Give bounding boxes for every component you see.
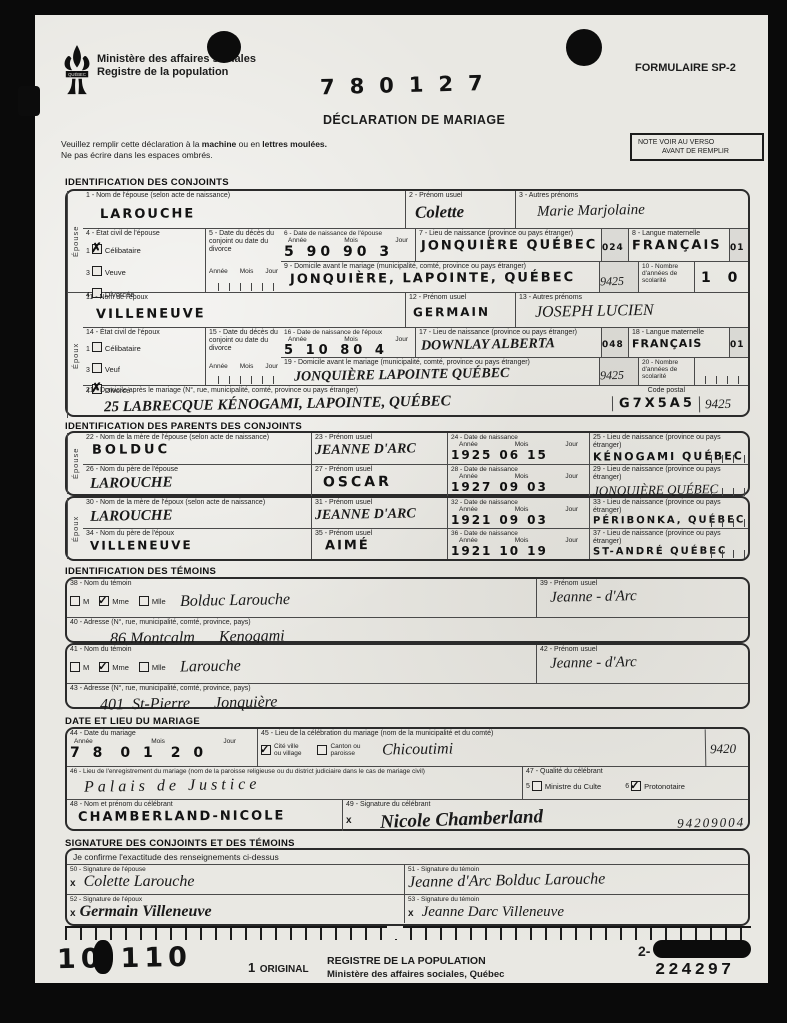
check-mark-icon: ✓ [260, 743, 269, 756]
field38-label: 38 - Nom du témoin [70, 580, 533, 588]
field19-value: JONQUIÈRE LAPOINTE QUÉBEC [294, 364, 599, 385]
field23-value: JEANNE D'ARC [315, 441, 444, 459]
celibataire-label: Célibataire [105, 246, 141, 255]
code-ticks [711, 519, 745, 527]
check-mark-icon: ✓ [98, 660, 107, 673]
mois-header: Mois [344, 237, 358, 244]
footer-registre-line1: REGISTRE DE LA POPULATION [327, 955, 504, 967]
field10-label: 10 - Nombre d'années de scolarité [642, 263, 694, 291]
field45-value: Chicoutimi [382, 740, 453, 759]
m-checkbox [70, 662, 80, 672]
field49-value: Nicole Chamberland [379, 806, 543, 834]
epoux-side-label: Époux [67, 498, 83, 559]
field16-value: 5 10 80 4 [284, 343, 412, 358]
note-line1: NOTE VOIR AU VERSO [638, 138, 756, 147]
field48-value: CHAMBERLAND-NICOLE [78, 808, 339, 825]
signature-x-mark: x [408, 908, 414, 919]
code-postal-label: Code postal [648, 387, 685, 395]
tick-ruler-gap [387, 926, 403, 939]
field8-code: 01 [730, 243, 748, 253]
serial-code-prefix: 2- [638, 943, 650, 959]
field15-label: 15 - Date du décès du conjoint ou date d… [209, 329, 278, 353]
annee-header: Année [459, 506, 478, 513]
annee-header: Année [288, 237, 307, 244]
field45-label: 45 - Lieu de la célébration du mariage (… [261, 730, 705, 738]
mois-header: Mois [240, 363, 254, 370]
annee-header: Année [459, 537, 478, 544]
note-line2: AVANT DE REMPLIR [638, 147, 756, 156]
field37-label: 37 - Lieu de naissance (province ou pays… [593, 530, 745, 546]
mois-header: Mois [240, 268, 254, 275]
ministre-culte-label: Ministre du Culte [545, 782, 601, 791]
field17-value: DOWNLAY ALBERTA [421, 335, 601, 354]
code-ticks [711, 455, 745, 463]
ministry-line2: Registre de la population [97, 66, 256, 79]
jour-header: Jour [395, 237, 408, 244]
document-title: DÉCLARATION DE MARIAGE [323, 113, 505, 127]
field33-label: 33 - Lieu de naissance (province ou pays… [593, 499, 745, 515]
field7-code: 024 [602, 243, 628, 253]
empty-date-ticks [218, 376, 278, 384]
veuve-checkbox [92, 266, 102, 276]
field14-label: 14 - État civil de l'époux [86, 329, 202, 337]
mois-header: Mois [515, 506, 529, 513]
note-box: NOTE VOIR AU VERSO AVANT DE REMPLIR [630, 133, 764, 161]
cite-ville-label-1: Cité ville [274, 743, 299, 750]
confirmation-statement: Je confirme l'exactitude des renseigneme… [67, 850, 748, 865]
epouse-side-label: Épouse [67, 433, 83, 494]
field41-label: 41 - Nom du témoin [70, 646, 533, 654]
field17-code: 048 [602, 340, 628, 350]
mois-header: Mois [344, 336, 358, 343]
jour-header: Jour [565, 441, 578, 448]
field12-label: 12 - Prénom usuel [409, 294, 512, 302]
field11-value: VILLENEUVE [96, 305, 402, 322]
fill-instructions: Veuillez remplir cette déclaration à la … [61, 139, 327, 161]
section-parents-epoux: Époux 30 - Nom de la mère de l'époux (se… [65, 496, 750, 561]
copy-number: 1 [248, 960, 255, 975]
instruction-bold-machine: machine [202, 139, 237, 149]
field9-value: JONQUIÈRE, LAPOINTE, QUÉBEC [290, 270, 599, 287]
section-conjoints: Épouse 1 - Nom de l'épouse (selon acte d… [65, 189, 750, 417]
option-number: 5 [526, 783, 530, 790]
veuf-checkbox [92, 363, 102, 373]
field24-value: 19250615 [451, 448, 586, 462]
jour-header: Jour [395, 336, 408, 343]
jour-header: Jour [223, 738, 236, 745]
field32-value: 19210903 [451, 513, 586, 527]
veuf-label: Veuf [105, 365, 120, 374]
annee-header: Année [459, 441, 478, 448]
m-label: M [83, 597, 89, 606]
field5-label: 5 - Date du décès du conjoint ou date du… [209, 230, 278, 254]
field50-label: 50 - Signature de l'épouse [70, 866, 401, 873]
empty-date-ticks [218, 283, 278, 291]
mois-header: Mois [515, 473, 529, 480]
field6-value: 5 90 90 3 [284, 244, 412, 260]
field41-value: Larouche [180, 657, 241, 676]
field20-label: 20 - Nombre d'années de scolarité [642, 359, 694, 384]
mme-label: Mme [112, 663, 129, 672]
mlle-checkbox [139, 596, 149, 606]
field9-code: 9425 [600, 274, 638, 290]
check-mark-icon: ✓ [98, 594, 107, 607]
jour-header: Jour [565, 537, 578, 544]
mois-header: Mois [515, 441, 529, 448]
section-parents-epouse: Épouse 22 - Nom de la mère de l'épouse (… [65, 431, 750, 496]
cite-ville-checkbox: ✓ [261, 745, 271, 755]
mois-header: Mois [515, 537, 529, 544]
jour-header: Jour [565, 473, 578, 480]
annee-header: Année [459, 473, 478, 480]
section-temoin-1: 38 - Nom du témoin M ✓Mme Mlle Bolduc La… [65, 577, 750, 643]
field52-value: Germain Villeneuve [80, 903, 212, 920]
field3-label: 3 - Autres prénoms [519, 192, 745, 200]
tick-ruler-strip [65, 926, 751, 940]
field7-value: JONQUIÈRE QUÉBEC [421, 237, 601, 253]
mme-checkbox: ✓ [99, 662, 109, 672]
canton-label-2: paroisse [330, 750, 355, 757]
redaction-bar [653, 940, 751, 958]
celibataire-checkbox: ✗ [92, 244, 102, 254]
field44-label: 44 - Date du mariage [70, 730, 254, 738]
annee-header: Année [74, 738, 93, 745]
instruction-text: Veuillez remplir cette déclaration à la [61, 139, 202, 149]
epoux-side-label: Époux [67, 293, 83, 418]
field21-label: 21 - Domicile après le mariage (N°, rue,… [86, 387, 358, 395]
field49-code: 94209004 [677, 800, 746, 831]
code-ticks [711, 550, 745, 558]
edge-black-mark [18, 86, 40, 116]
field24-label: 24 - Date de naissance [451, 434, 586, 441]
page-stamp-right: 110 [120, 942, 192, 974]
canton-label-1: Canton ou [330, 743, 360, 750]
jour-header: Jour [565, 506, 578, 513]
field12-value: GERMAIN [413, 305, 512, 320]
field18-value: FRANÇAIS [632, 337, 729, 351]
stamped-document-number: 780127 [320, 71, 498, 100]
field34-value: VILLENEUVE [90, 537, 308, 553]
form-code: FORMULAIRE SP-2 [635, 62, 736, 74]
mlle-label: Mlle [152, 597, 166, 606]
field11-label: 11 - Nom de l'époux [86, 294, 402, 302]
field19-code: 9425 [600, 368, 638, 384]
field2-value: Colette [415, 201, 512, 223]
section-mariage: 44 - Date du mariage AnnéeMoisJour 7 80 … [65, 727, 750, 831]
x-mark-icon: ✗ [91, 240, 102, 256]
m-label: M [83, 663, 89, 672]
veuve-label: Veuve [105, 268, 126, 277]
check-mark-icon: ✓ [630, 779, 639, 792]
field18-code: 01 [730, 340, 748, 350]
option-number: 6 [625, 783, 629, 790]
empty-ticks [705, 376, 745, 384]
option-number: 1 [86, 248, 90, 255]
field36-label: 36 - Date de naissance [451, 530, 586, 537]
celibataire-checkbox [92, 342, 102, 352]
field50-value: Colette Larouche [84, 873, 195, 890]
field27-value: OSCAR [323, 474, 444, 491]
field52-label: 52 - Signature de l'époux [70, 896, 401, 903]
copy-label: ORIGINAL [260, 964, 309, 975]
cite-ville-label-2: ou village [274, 750, 301, 757]
field35-value: AIMÉ [325, 538, 444, 554]
field38-value: Bolduc Larouche [180, 591, 290, 611]
signature-x-mark: x [70, 908, 76, 919]
section-signatures: Je confirme l'exactitude des renseigneme… [65, 848, 750, 926]
field1-label: 1 - Nom de l'épouse (selon acte de naiss… [86, 192, 402, 200]
canton-checkbox [317, 745, 327, 755]
punch-hole-mark [566, 29, 602, 66]
instruction-line2: Ne pas écrire dans les espaces ombrés. [61, 150, 327, 161]
field8-value: FRANÇAIS [632, 238, 729, 254]
field44-value: 7 80 12 0 [70, 745, 254, 761]
field25-label: 25 - Lieu de naissance (province ou pays… [593, 434, 745, 450]
annee-header: Année [209, 268, 228, 275]
field53-label: 53 - Signature du témoin [408, 896, 745, 903]
field2-label: 2 - Prénom usuel [409, 192, 512, 200]
field10-value: 1 0 [694, 262, 748, 292]
option-number: 1 [86, 346, 90, 353]
field3-value: Marie Marjolaine [537, 200, 745, 221]
section-title-temoins: IDENTIFICATION DES TÉMOINS [65, 566, 216, 577]
field47-label: 47 - Qualité du célébrant [526, 768, 745, 776]
mme-checkbox: ✓ [99, 596, 109, 606]
protonotaire-checkbox: ✓ [631, 781, 641, 791]
punch-hole-mark [207, 31, 241, 63]
field1-value: LAROUCHE [100, 205, 402, 222]
field16-label: 16 - Date de naissance de l'époux [284, 329, 412, 336]
field53-value: Jeanne Darc Villeneuve [422, 904, 564, 920]
footer-registre-line2: Ministère des affaires sociales, Québec [327, 969, 504, 980]
field42-value: Jeanne - d'Arc [550, 652, 745, 672]
option-number: 3 [86, 367, 90, 374]
m-checkbox [70, 596, 80, 606]
field31-value: JEANNE D'ARC [315, 506, 444, 524]
field4-label: 4 - État civil de l'épouse [86, 230, 202, 238]
protonotaire-label: Protonotaire [644, 782, 685, 791]
field45-code: 9420 [705, 729, 749, 767]
field21-code: 9425 [699, 395, 745, 412]
field22-value: BOLDUC [92, 441, 308, 458]
code-ticks [711, 488, 745, 496]
field46-value: Palais de Justice [84, 771, 519, 797]
signature-x-mark: x [70, 878, 76, 889]
field32-label: 32 - Date de naissance [451, 499, 586, 506]
ink-blot [93, 940, 113, 974]
field28-label: 28 - Date de naissance [451, 466, 586, 473]
field30-value: LAROUCHE [90, 505, 308, 526]
jour-header: Jour [265, 363, 278, 370]
scanned-form-page: QUÉBEC Ministère des affaires sociales R… [35, 15, 768, 983]
annee-header: Année [209, 363, 228, 370]
mois-header: Mois [151, 738, 165, 745]
epouse-side-label: Épouse [67, 191, 83, 292]
quebec-fleur-de-lis-logo: QUÉBEC [63, 45, 91, 97]
field29-label: 29 - Lieu de naissance (province ou pays… [593, 466, 745, 482]
logo-band-text: QUÉBEC [68, 72, 86, 77]
annee-header: Année [288, 336, 307, 343]
section-title-conjoints: IDENTIFICATION DES CONJOINTS [65, 177, 229, 188]
ministre-culte-checkbox [532, 781, 542, 791]
jour-header: Jour [265, 268, 278, 275]
signature-x-mark: x [346, 815, 352, 826]
section-temoin-2: 41 - Nom du témoin M ✓Mme Mlle Larouche … [65, 643, 750, 709]
option-number: 3 [86, 270, 90, 277]
instruction-bold-lettres: lettres moulées. [262, 139, 327, 149]
section-title-mariage: DATE ET LIEU DU MARIAGE [65, 716, 200, 727]
serial-number-stamp: 224297 [655, 961, 734, 980]
field28-value: 19270903 [451, 480, 586, 494]
field13-value: JOSEPH LUCIEN [535, 300, 745, 322]
field21-postal-code: G7X5A5 [612, 396, 695, 412]
instruction-text2: ou en [236, 139, 262, 149]
page-stamp-number: 10110 [57, 942, 192, 975]
mlle-checkbox [139, 662, 149, 672]
field39-value: Jeanne - d'Arc [550, 586, 745, 606]
field6-label: 6 - Date de naissance de l'épouse [284, 230, 412, 237]
celibataire-label: Célibataire [105, 344, 141, 353]
mlle-label: Mlle [152, 663, 166, 672]
mme-label: Mme [112, 597, 129, 606]
field36-value: 19211019 [451, 544, 586, 558]
field26-value: LAROUCHE [90, 472, 308, 493]
